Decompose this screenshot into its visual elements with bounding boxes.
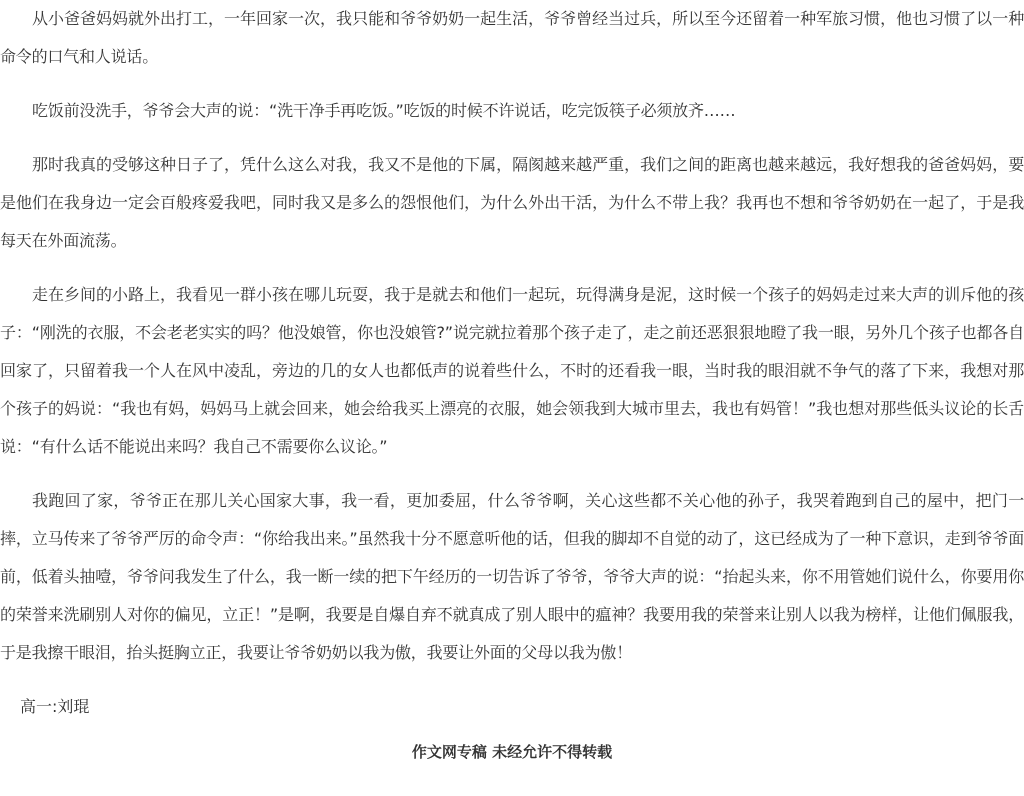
paragraph-4: 走在乡间的小路上，我看见一群小孩在哪儿玩耍，我于是就去和他们一起玩，玩得满身是泥… [0,276,1024,466]
article-body: 从小爸爸妈妈就外出打工，一年回家一次，我只能和爷爷奶奶一起生活，爷爷曾经当过兵，… [0,0,1024,764]
author-line: 高一:刘琨 [0,688,1024,726]
paragraph-2: 吃饭前没洗手，爷爷会大声的说：“洗干净手再吃饭。”吃饭的时候不许说话，吃完饭筷子… [0,92,1024,130]
copyright-notice: 作文网专稿 未经允许不得转载 [0,740,1024,764]
paragraph-3: 那时我真的受够这种日子了，凭什么这么对我，我又不是他的下属，隔阂越来越严重，我们… [0,146,1024,260]
paragraph-5: 我跑回了家，爷爷正在那儿关心国家大事，我一看，更加委屈，什么爷爷啊，关心这些都不… [0,482,1024,672]
paragraph-1: 从小爸爸妈妈就外出打工，一年回家一次，我只能和爷爷奶奶一起生活，爷爷曾经当过兵，… [0,0,1024,76]
